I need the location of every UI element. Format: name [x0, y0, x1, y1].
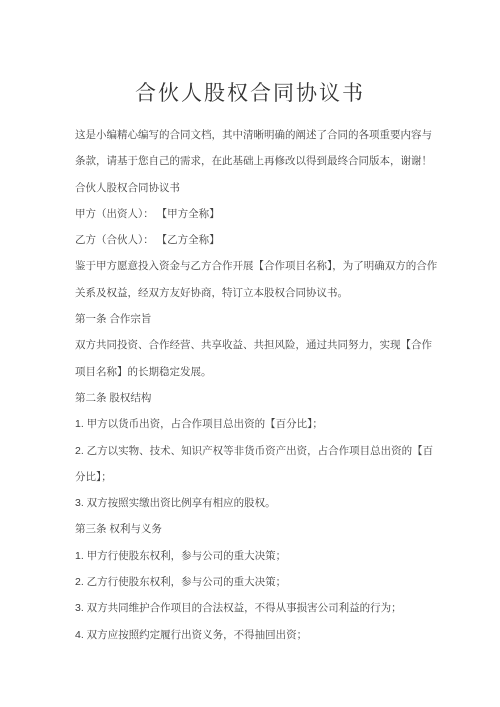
- party-a-line: 甲方（出资人）： 【甲方全称】: [75, 201, 445, 227]
- section-2-item-2-line-1: 2. 乙方以实物、技术、知识产权等非货币资产出资，占合作项目总出资的【百: [75, 438, 445, 464]
- section-1-line-1: 双方共同投资、合作经营、共享收益、共担风险，通过共同努力，实现【合作: [75, 332, 445, 358]
- preamble-line-2: 关系及权益，经双方友好协商，特订立本股权合同协议书。: [75, 280, 445, 306]
- section-1-heading: 第一条 合作宗旨: [75, 306, 445, 332]
- preamble-line-1: 鉴于甲方愿意投入资金与乙方合作开展【合作项目名称】，为了明确双方的合作: [75, 253, 445, 279]
- section-3-item-3: 3. 双方共同维护合作项目的合法权益，不得从事损害公司利益的行为；: [75, 595, 445, 621]
- document-page: 合伙人股权合同协议书 这是小编精心编写的合同文档，其中清晰明确的阐述了合同的各项…: [0, 0, 500, 707]
- intro-line-1: 这是小编精心编写的合同文档，其中清晰明确的阐述了合同的各项重要内容与: [75, 122, 445, 148]
- section-2-item-2-line-2: 分比】；: [75, 464, 445, 490]
- section-1-line-2: 项目名称】的长期稳定发展。: [75, 359, 445, 385]
- document-body: 这是小编精心编写的合同文档，其中清晰明确的阐述了合同的各项重要内容与 条款，请基…: [75, 122, 445, 648]
- intro-line-2: 条款，请基于您自己的需求，在此基础上再修改以得到最终合同版本，谢谢！: [75, 148, 445, 174]
- party-b-line: 乙方（合伙人）： 【乙方全称】: [75, 227, 445, 253]
- section-2-item-3: 3. 双方按照实缴出资比例享有相应的股权。: [75, 490, 445, 516]
- section-3-item-2: 2. 乙方行使股东权利，参与公司的重大决策；: [75, 569, 445, 595]
- section-3-item-4: 4. 双方应按照约定履行出资义务，不得抽回出资；: [75, 622, 445, 648]
- subtitle-line: 合伙人股权合同协议书: [75, 175, 445, 201]
- section-3-heading: 第三条 权利与义务: [75, 516, 445, 542]
- section-2-heading: 第二条 股权结构: [75, 385, 445, 411]
- section-3-item-1: 1. 甲方行使股东权利，参与公司的重大决策；: [75, 543, 445, 569]
- section-2-item-1: 1. 甲方以货币出资，占合作项目总出资的【百分比】；: [75, 411, 445, 437]
- document-title: 合伙人股权合同协议书: [0, 80, 500, 108]
